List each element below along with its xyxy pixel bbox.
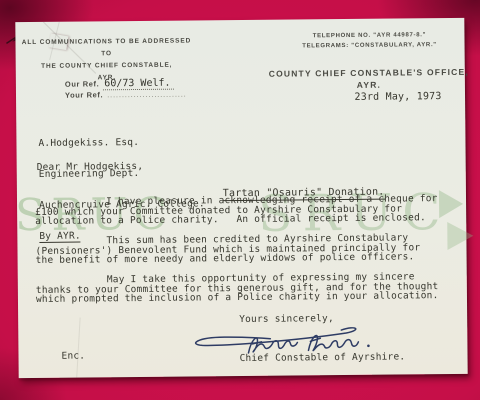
contact-block: TELEPHONE NO. "AYR 44987-8." TELEGRAMS: … bbox=[268, 30, 470, 52]
our-ref-value: 60/73 Welf. bbox=[103, 78, 173, 91]
your-ref-rule: ........................... bbox=[107, 92, 187, 100]
body-paragraph-1: I have pleasure in acknowledging receipt… bbox=[35, 194, 465, 227]
body-paragraph-2: This sum has been credited to Ayrshire C… bbox=[35, 233, 465, 266]
addressee-line: A.Hodgekiss. Esq. bbox=[38, 137, 204, 150]
notice-line: ALL COMMUNICATIONS TO BE ADDRESSED bbox=[21, 35, 191, 49]
office-line: AYR. bbox=[267, 78, 471, 92]
salutation: Dear Mr Hodgekiss, bbox=[37, 162, 144, 173]
body-paragraph-3: May I take this opportunity of expressin… bbox=[36, 272, 466, 305]
letter-paper: SRUC SRUC ALL COMMUNICATIONS TO BE ADDRE… bbox=[15, 18, 467, 378]
scan-background: SRUC SRUC ALL COMMUNICATIONS TO BE ADDRE… bbox=[0, 0, 480, 400]
our-ref-row: Our Ref. 60/73 Welf. bbox=[65, 78, 174, 91]
office-line: COUNTY CHIEF CONSTABLE'S OFFICE, bbox=[267, 66, 471, 80]
office-address: COUNTY CHIEF CONSTABLE'S OFFICE, AYR. bbox=[267, 66, 471, 92]
telegrams-line: TELEGRAMS: "CONSTABULARY, AYR." bbox=[269, 40, 471, 52]
enclosure-note: Enc. bbox=[61, 352, 85, 362]
our-ref-label: Our Ref. bbox=[65, 79, 99, 88]
sender-title: Chief Constable of Ayrshire. bbox=[239, 352, 405, 363]
notice-line: THE COUNTY CHIEF CONSTABLE, bbox=[22, 59, 192, 73]
letter-date: 23rd May, 1973 bbox=[338, 92, 458, 103]
your-ref-label: Your Ref. bbox=[65, 90, 103, 99]
your-ref-row: Your Ref. ........................... bbox=[65, 90, 187, 100]
